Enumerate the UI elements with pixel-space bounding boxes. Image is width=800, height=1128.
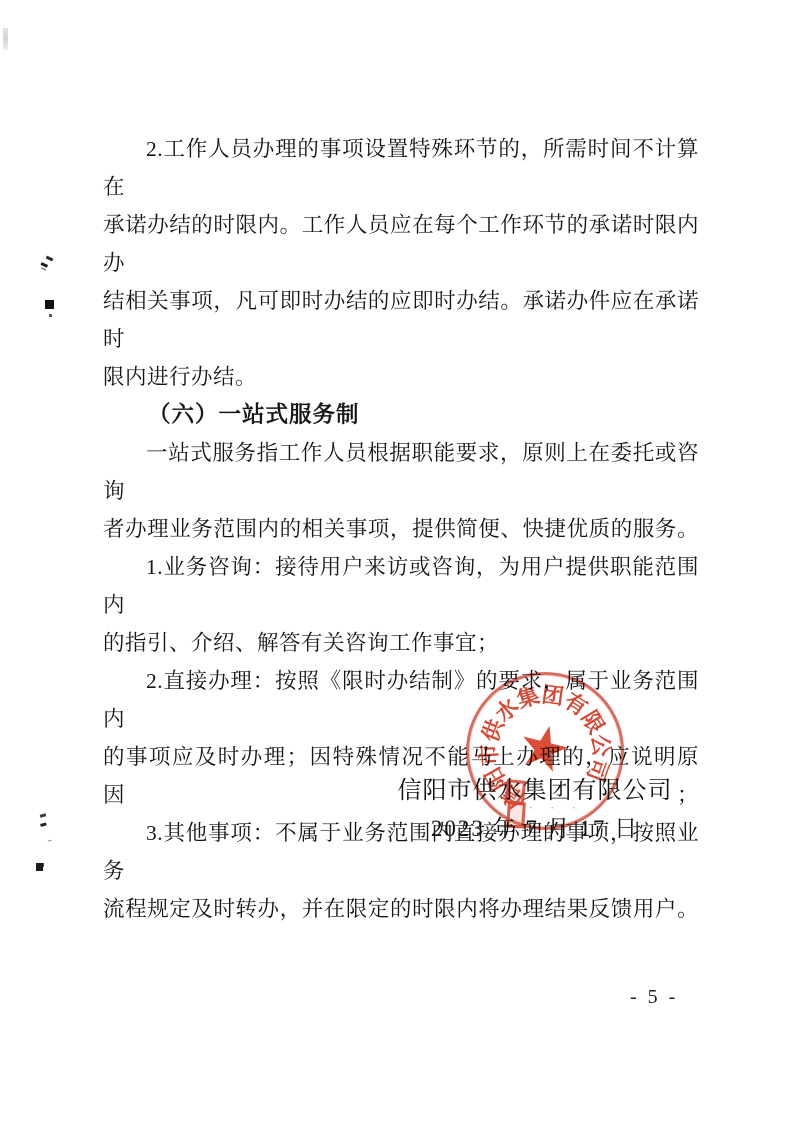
signature-company: 信阳市供水集团有限公司 bbox=[385, 770, 685, 805]
text-line: 的指引、介绍、解答有关咨询工作事宜； bbox=[103, 624, 699, 662]
company-seal: ★ 信 阳 市 供 水 集 团 有 限 公 司 · · · · bbox=[466, 672, 624, 830]
text-line: 承诺办结的时限内。工作人员应在每个工作环节的承诺时限内办 bbox=[103, 206, 699, 282]
page-number: - 5 - bbox=[630, 986, 678, 1009]
text-line: 限内进行办结。 bbox=[103, 358, 699, 396]
document-page: 2.工作人员办理的事项设置特殊环节的，所需时间不计算在 承诺办结的时限内。工作人… bbox=[0, 0, 800, 1128]
text-line: 1.业务咨询：接待用户来访或咨询，为用户提供职能范围内 bbox=[103, 548, 699, 624]
text-line: 者办理业务范围内的相关事项，提供简便、快捷优质的服务。 bbox=[103, 510, 699, 548]
section-heading: （六）一站式服务制 bbox=[103, 396, 699, 434]
scan-artifact bbox=[45, 300, 54, 309]
scan-artifact bbox=[40, 813, 47, 817]
seal-arc-char: 公 bbox=[585, 733, 618, 758]
scan-artifact bbox=[46, 256, 54, 262]
signature-date: 2023 年 7 月 17 日 bbox=[385, 810, 685, 843]
scan-artifact bbox=[36, 863, 43, 871]
text-line: 2.工作人员办理的事项设置特殊环节的，所需时间不计算在 bbox=[103, 130, 699, 206]
text-line: 一站式服务指工作人员根据职能要求，原则上在委托或咨询 bbox=[103, 434, 699, 510]
text-line: 流程规定及时转办，并在限定的时限内将办理结果反馈用户。 bbox=[103, 890, 699, 928]
scan-smudge bbox=[3, 28, 8, 50]
seal-arc-char: 市 bbox=[472, 743, 504, 767]
text-line: 结相关事项，凡可即时办结的应即时办结。承诺办件应在承诺时 bbox=[103, 282, 699, 358]
